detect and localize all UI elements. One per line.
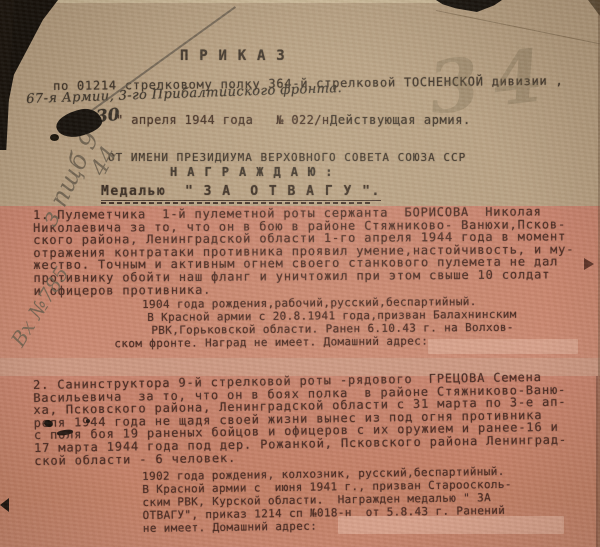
presidium-preamble: ОТ ИМЕНИ ПРЕЗИДИУМА ВЕРХОВНОГО СОВЕТА СО… <box>108 151 466 164</box>
dashed-underline <box>101 202 373 204</box>
award-entry-2-service-record: 1902 года рождения, колхозник, русский,б… <box>142 465 512 535</box>
edge-mark-right <box>584 258 594 270</box>
date-line: " апреля 1944 года № 022/н <box>116 113 330 127</box>
pencil-scribble-faint: 34 96 <box>424 10 600 130</box>
award-verb: Н А Г Р А Ж Д А Ю : <box>170 165 334 179</box>
medal-for-courage-line: Медалью " З А О Т В А Г У ". <box>101 184 381 201</box>
award-entry-1-citation: 1. Пулеметчика 1-й пулеметной роты сержа… <box>33 205 600 297</box>
torn-top-edge-highlight <box>50 0 440 3</box>
ink-blot-small <box>50 134 59 141</box>
scanned-order-page: П Р И К А З по 01214 стрелковому полку 3… <box>0 0 600 547</box>
award-entry-2-citation: 2. Санинструктора 9-й стрелковой роты -р… <box>33 370 600 467</box>
torn-notch-top <box>436 0 502 12</box>
award-entry-1-service-record: 1904 года рождения,рабочий,русский,беспа… <box>142 295 517 350</box>
ink-speck <box>86 419 90 423</box>
order-title: П Р И К А З <box>180 48 286 64</box>
edge-mark-left <box>0 498 9 512</box>
